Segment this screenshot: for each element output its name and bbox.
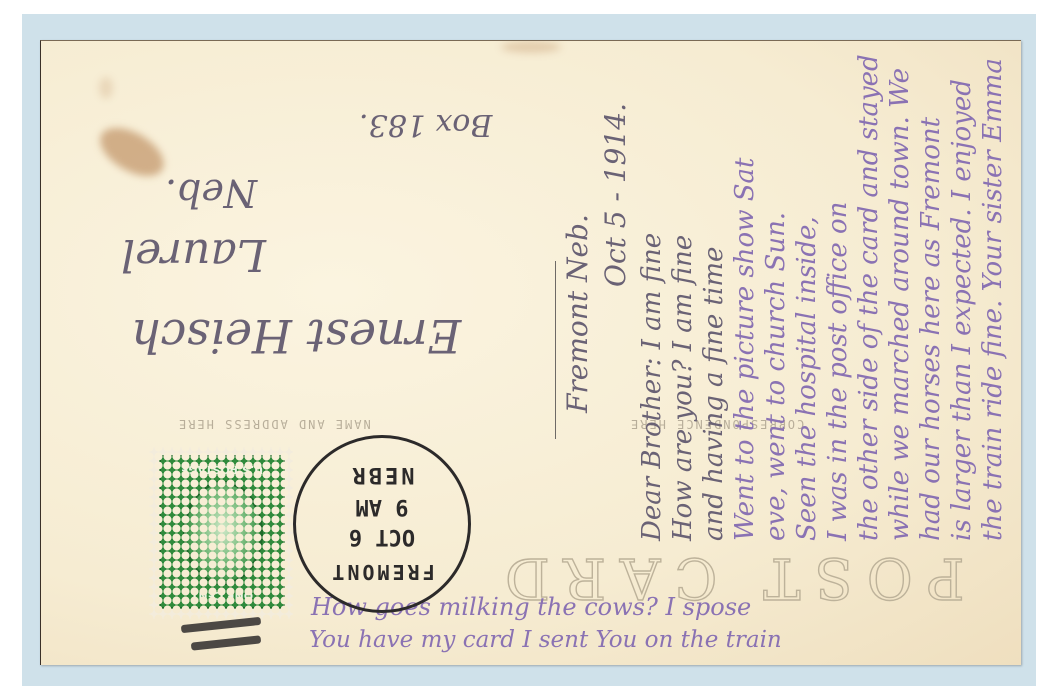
postage-stamp: U.S.POSTAGE ONE CENT (149, 447, 293, 619)
stain (92, 118, 172, 186)
postmark-time: 9 AM (296, 494, 468, 519)
address-label: NAME AND ADDRESS HERE (177, 417, 371, 431)
message-line: How are you? I am fine (668, 235, 698, 541)
message-line: Dear Brother: I am fine (637, 233, 667, 541)
message-line: while we marched around town. We (885, 68, 915, 541)
message-line: the other side of the card and stayed (854, 54, 884, 541)
divider-line (555, 261, 556, 439)
postcard: POST CARD NAME AND ADDRESS HERE CORRESPO… (40, 40, 1021, 665)
stain (501, 41, 561, 53)
address-state: Neb. (165, 171, 257, 215)
address-box: Box 183. (359, 107, 492, 142)
postmark-city: FREMONT (296, 560, 468, 584)
stamp-top-text: U.S.POSTAGE (161, 463, 283, 476)
postmark-date: OCT 6 (296, 524, 468, 549)
message-line: is larger than I expected. I enjoyed (947, 79, 977, 541)
stamp-portrait (183, 481, 263, 585)
postmark: FREMONT OCT 6 9 AM NEBR (293, 435, 471, 613)
message-line: and having a fine time (699, 247, 729, 541)
cancellation-bar (191, 635, 261, 650)
message-line: the train ride fine. Your sister Emma (978, 58, 1008, 541)
address-name: Ernest Heisch (131, 309, 461, 363)
message-line: Went to the picture show Sat (730, 158, 760, 541)
message-line: I was in the post office on (823, 202, 853, 541)
message-line: had our horses here as Fremont (916, 117, 946, 541)
message-line: Seen the hospital inside, (792, 216, 822, 541)
stamp-bottom-text: ONE CENT (161, 589, 283, 602)
message-date: Oct 5 - 1914. (599, 103, 632, 287)
address-town: Laurel (121, 229, 266, 280)
message-place: Fremont Neb. (561, 214, 594, 413)
cancellation-bar (181, 617, 261, 633)
stain (99, 77, 113, 99)
message-line: eve, went to church Sun. (761, 212, 791, 541)
message-bottom-line-2: You have my card I sent You on the train (309, 627, 782, 653)
postmark-state: NEBR (296, 462, 468, 487)
